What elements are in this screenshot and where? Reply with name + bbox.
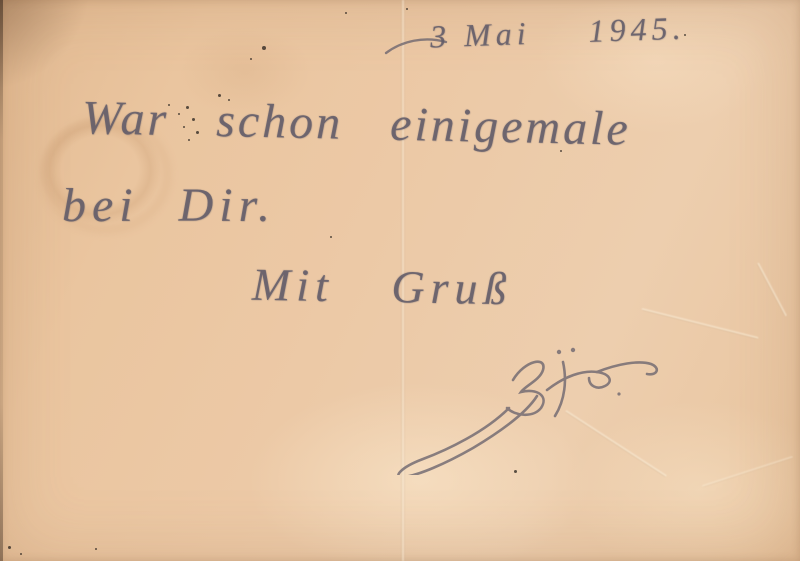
- signature-scribble: [385, 330, 675, 475]
- scan-edge-shadow: [0, 0, 3, 561]
- date-year: 1945.: [588, 10, 686, 49]
- crease-line: [702, 455, 793, 487]
- body-line-1: War schon einigemale: [81, 90, 631, 156]
- ink-speck: [406, 8, 408, 10]
- date-day-month: 3 Mai: [429, 15, 531, 54]
- handwritten-note-scan: 3 Mai1945. War schon einigemale bei Dir.…: [0, 0, 800, 561]
- closing-line: Mit Gruß: [252, 258, 513, 316]
- ink-speck: [95, 548, 97, 550]
- ink-speck: [345, 12, 347, 14]
- ink-speck: [330, 236, 332, 238]
- ink-speck: [250, 58, 252, 60]
- crease-line: [757, 262, 788, 316]
- date-line: 3 Mai1945.: [429, 10, 686, 56]
- ink-speck: [8, 546, 11, 549]
- ink-speck: [20, 553, 22, 555]
- body-line-2: bei Dir.: [62, 178, 276, 233]
- ink-speck: [262, 46, 266, 50]
